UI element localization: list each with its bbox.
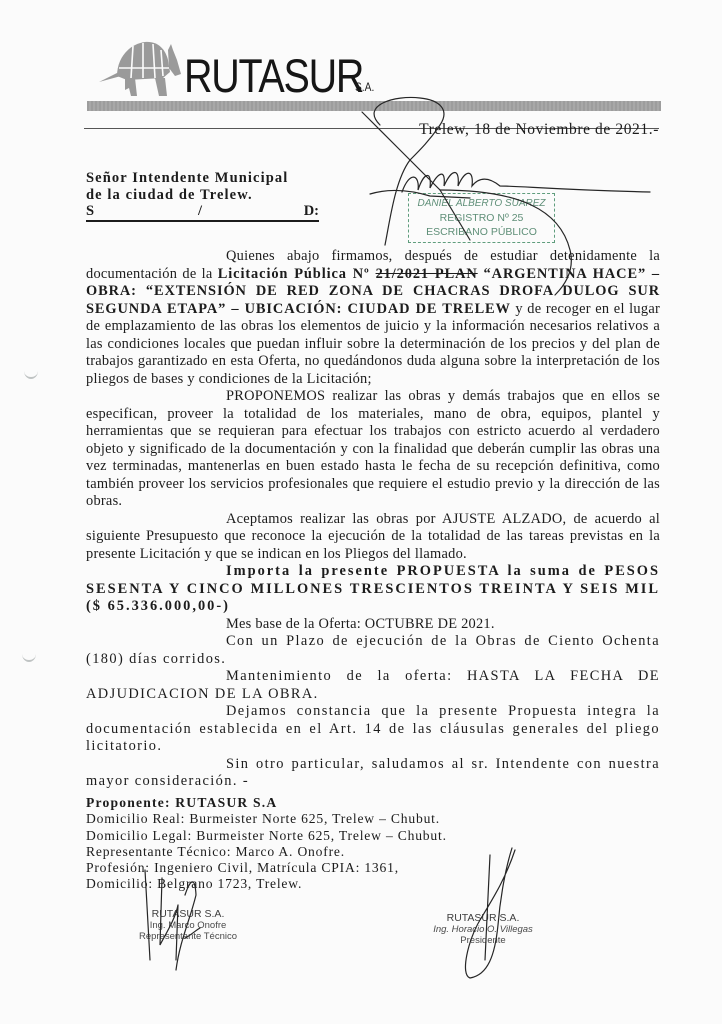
addressee-line-1: Señor Intendente Municipal	[86, 170, 288, 187]
signature-name: Ing. Horacio O. Villegas	[413, 924, 553, 935]
stamp-registry: REGISTRO Nº 25	[409, 211, 554, 225]
signature-block-representative: RUTASUR S.A. Ing. Marco Onofre Represent…	[118, 909, 258, 942]
punch-hole-mark	[22, 646, 36, 662]
salutation-s: S	[86, 203, 94, 220]
punch-hole-mark	[24, 363, 38, 379]
letter-body: Quienes abajo firmamos, después de estud…	[86, 248, 660, 791]
paragraph-mes-base: Mes base de la Oferta: OCTUBRE DE 2021.	[86, 616, 660, 634]
paragraph-mantenimiento: Mantenimiento de la oferta: HASTA LA FEC…	[86, 668, 660, 703]
licitacion-label: Licitación Pública Nº	[218, 266, 376, 282]
armadillo-icon	[97, 38, 183, 100]
salutation-slash: /	[198, 203, 202, 220]
company-logo-suffix: S.A.	[355, 80, 374, 94]
signature-company: RUTASUR S.A.	[413, 913, 553, 924]
paragraph-constancia: Dejamos constancia que la presente Propu…	[86, 703, 660, 756]
paragraph-closing: Sin otro particular, saludamos al sr. In…	[86, 756, 660, 791]
signature-role: Representante Técnico	[118, 931, 258, 942]
signature-block-president: RUTASUR S.A. Ing. Horacio O. Villegas Pr…	[413, 913, 553, 946]
proponent-domicilio-legal: Domicilio Legal: Burmeister Norte 625, T…	[86, 828, 447, 844]
signature-role: Presidente	[413, 935, 553, 946]
document-page: RUTASUR S.A. Trelew, 18 de Noviembre de …	[0, 0, 722, 1024]
letterhead-band	[87, 101, 661, 111]
addressee: Señor Intendente Municipal de la ciudad …	[86, 170, 288, 204]
signature-company: RUTASUR S.A.	[118, 909, 258, 920]
stamp-title: ESCRIBANO PÚBLICO	[409, 225, 554, 239]
paragraph-ajuste-alzado: Aceptamos realizar las obras por AJUSTE …	[86, 511, 660, 564]
notary-stamp: DANIEL ALBERTO SUAREZ REGISTRO Nº 25 ESC…	[408, 193, 555, 243]
company-logo-name: RUTASUR	[184, 52, 363, 99]
proponent-profesion: Profesión: Ingeniero Civil, Matrícula CP…	[86, 860, 447, 876]
proponent-block: Proponente: RUTASUR S.A Domicilio Real: …	[86, 795, 447, 893]
paragraph-plazo: Con un Plazo de ejecución de la Obras de…	[86, 633, 660, 668]
salutation-sd: S / D:	[86, 203, 319, 222]
paragraph-importe: Importa la presente PROPUESTA la suma de…	[86, 563, 660, 616]
proponent-domicilio-real: Domicilio Real: Burmeister Norte 625, Tr…	[86, 811, 447, 827]
notary-signature-scribble	[402, 173, 650, 193]
signature-name: Ing. Marco Onofre	[118, 920, 258, 931]
addressee-line-2: de la ciudad de Trelew.	[86, 187, 288, 204]
stamp-notary-name: DANIEL ALBERTO SUAREZ	[409, 197, 554, 211]
proponent-representante: Representante Técnico: Marco A. Onofre.	[86, 844, 447, 860]
paragraph-intro: Quienes abajo firmamos, después de estud…	[86, 248, 660, 388]
proponent-title: Proponente: RUTASUR S.A	[86, 795, 447, 811]
salutation-d: D:	[304, 203, 319, 220]
proponent-domicilio: Domicilio: Belgrano 1723, Trelew.	[86, 876, 447, 892]
licitacion-number: 21/2021 PLAN	[376, 266, 478, 282]
date-line: Trelew, 18 de Noviembre de 2021.-	[419, 121, 659, 139]
paragraph-proponemos: PROPONEMOS realizar las obras y demás tr…	[86, 388, 660, 511]
